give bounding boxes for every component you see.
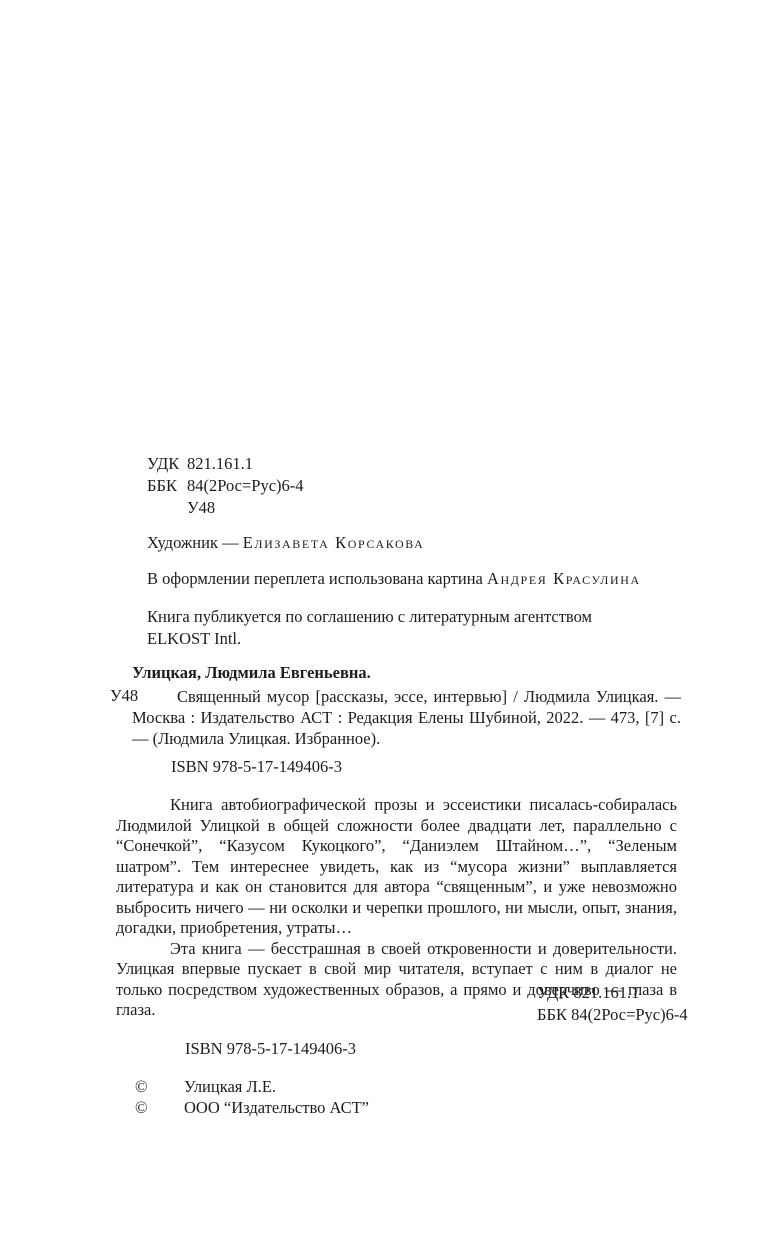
copyright-symbol: ©	[135, 1076, 184, 1098]
agency-note-line1: Книга публикуется по соглашению с литера…	[147, 606, 592, 628]
codes-bottom: УДК 821.161.1 ББК 84(2Рос=Рус)6-4	[537, 982, 688, 1026]
copyright-symbol: ©	[135, 1097, 184, 1119]
annotation-paragraph-1: Книга автобиографической прозы и эссеист…	[116, 795, 677, 939]
bbk-value: 84(2Рос=Рус)6-4	[187, 476, 304, 495]
author-sign-top: У48	[187, 497, 215, 519]
book-imprint-page: УДК821.161.1 ББК84(2Рос=Рус)6-4 У48 Худо…	[0, 0, 768, 1240]
artist-name: Елизавета Корсакова	[243, 533, 425, 552]
catalog-author: Улицкая, Людмила Евгеньевна.	[132, 663, 371, 683]
cover-artist-name: Андрея Красулина	[487, 569, 641, 588]
copyright-holder-author: Улицкая Л.Е.	[184, 1077, 276, 1096]
isbn-top: ISBN 978-5-17-149406-3	[171, 757, 342, 777]
bbk-line: ББК84(2Рос=Рус)6-4	[147, 475, 304, 497]
udk-bottom: УДК 821.161.1	[537, 982, 688, 1004]
agency-note: Книга публикуется по соглашению с литера…	[147, 606, 592, 649]
copyright-holder-publisher: ООО “Издательство АСТ”	[184, 1098, 369, 1117]
udk-line: УДК821.161.1	[147, 453, 253, 475]
catalog-entry: Священный мусор [рассказы, эссе, интервь…	[132, 686, 681, 749]
udk-label: УДК	[147, 453, 187, 475]
bbk-bottom: ББК 84(2Рос=Рус)6-4	[537, 1004, 688, 1026]
bbk-label: ББК	[147, 475, 187, 497]
artist-credit-prefix: Художник —	[147, 533, 243, 552]
cover-credit-prefix: В оформлении переплета использована карт…	[147, 569, 487, 588]
copyright-line-author: ©Улицкая Л.Е.	[135, 1076, 276, 1098]
cover-credit-line: В оформлении переплета использована карт…	[147, 569, 641, 589]
isbn-bottom: ISBN 978-5-17-149406-3	[185, 1039, 356, 1059]
artist-credit-line: Художник — Елизавета Корсакова	[147, 533, 424, 553]
agency-note-line2: ELKOST Intl.	[147, 628, 592, 650]
udk-value: 821.161.1	[187, 454, 253, 473]
copyright-line-publisher: ©ООО “Издательство АСТ”	[135, 1097, 369, 1119]
